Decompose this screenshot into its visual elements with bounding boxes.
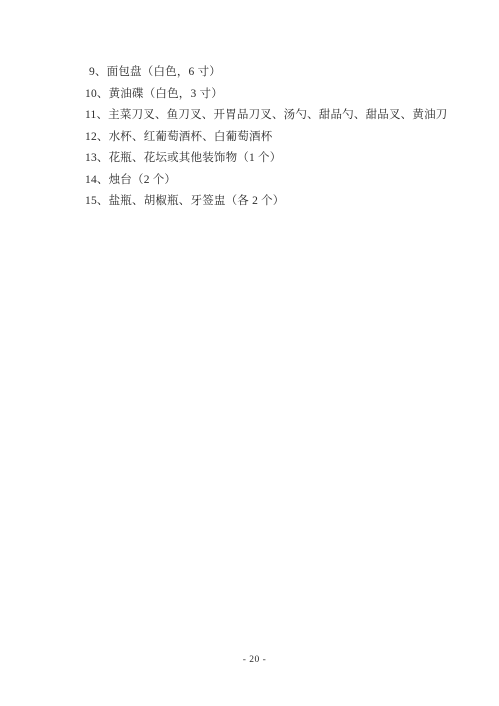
numbered-list: 9、面包盘（白色，6 寸） 10、黄油碟（白色，3 寸） 11、主菜刀叉、鱼刀叉… <box>85 62 479 213</box>
page-footer: - 20 - <box>0 649 499 667</box>
list-item: 15、盐瓶、胡椒瓶、牙签盅（各 2 个） <box>85 191 479 213</box>
page-number: - 20 - <box>243 655 267 665</box>
list-item: 9、面包盘（白色，6 寸） <box>85 62 479 84</box>
list-item: 14、烛台（2 个） <box>85 170 479 192</box>
list-item: 11、主菜刀叉、鱼刀叉、开胃品刀叉、汤勺、甜品勺、甜品叉、黄油刀 <box>85 105 479 127</box>
list-item: 10、黄油碟（白色，3 寸） <box>85 84 479 106</box>
list-item: 13、花瓶、花坛或其他装饰物（1 个） <box>85 148 479 170</box>
document-page: 9、面包盘（白色，6 寸） 10、黄油碟（白色，3 寸） 11、主菜刀叉、鱼刀叉… <box>0 0 499 706</box>
list-item: 12、水杯、红葡萄酒杯、白葡萄酒杯 <box>85 127 479 149</box>
